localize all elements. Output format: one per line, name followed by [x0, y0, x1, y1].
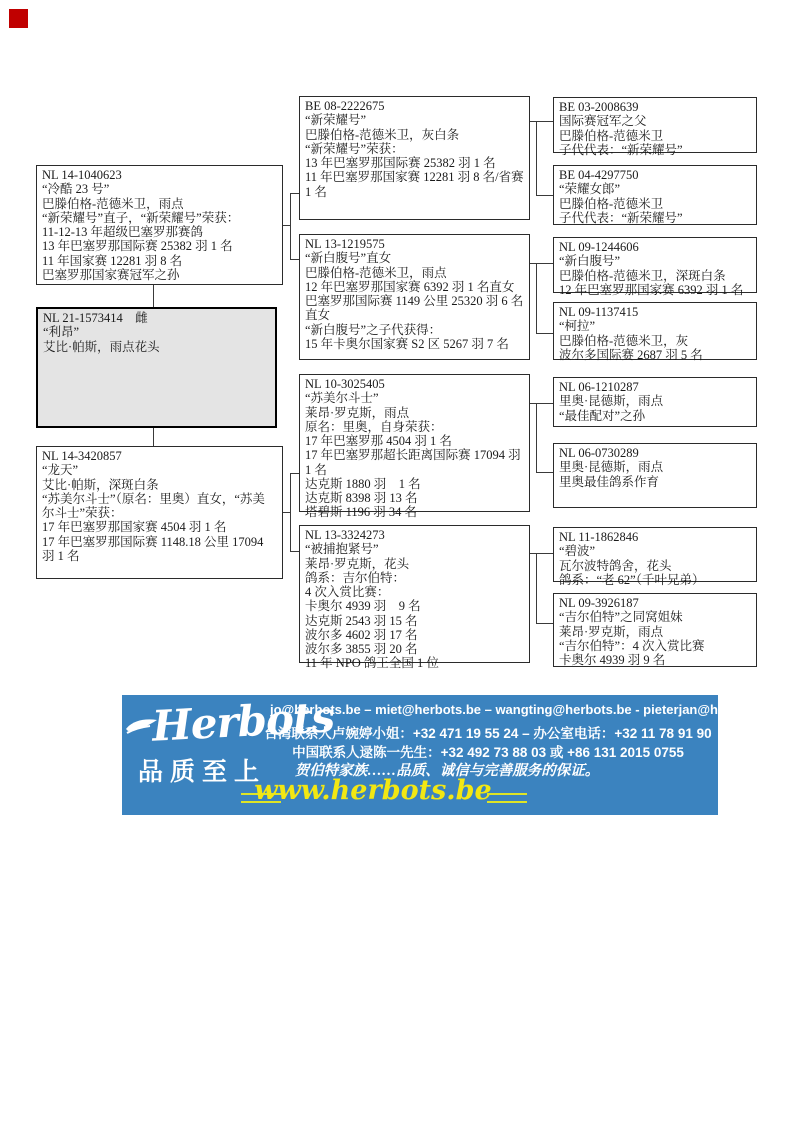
pedigree-line: “利昂”	[43, 325, 270, 339]
connector-line	[536, 121, 537, 196]
pedigree-box-g4-4: NL 09-1137415“柯拉”巴滕伯格-范德米卫，灰波尔多国际赛 2687 …	[553, 302, 757, 360]
pedigree-line: 巴滕伯格-范德米卫，灰	[559, 334, 751, 348]
pedigree-box-sire: NL 14-1040623“冷酷 23 号”巴滕伯格-范德米卫，雨点“新荣耀号”…	[36, 165, 283, 285]
pedigree-line: 巴滕伯格-范德米卫	[559, 197, 751, 211]
pedigree-line: “苏美尔斗士”（原名：里奥）直女，“苏美尔斗士”荣获：	[42, 492, 277, 521]
pedigree-line: “苏美尔斗士”	[305, 391, 524, 405]
connector-line	[153, 285, 154, 307]
pedigree-box-g4-1: BE 03-2008639国际赛冠军之父巴滕伯格-范德米卫子代代表：“新荣耀号”	[553, 97, 757, 153]
decorative-double-line	[487, 793, 527, 803]
pedigree-line: NL 13-1219575	[305, 237, 524, 251]
connector-line	[536, 403, 537, 473]
pedigree-line: “最佳配对”之孙	[559, 409, 751, 423]
pedigree-line: NL 13-3324273	[305, 528, 524, 542]
pedigree-line: 巴塞罗那国际赛 1149 公里 25320 羽 6 名直女	[305, 294, 524, 323]
pedigree-line: 里奥·昆德斯，雨点	[559, 460, 751, 474]
pedigree-line: 17 年巴塞罗那国际赛 1148.18 公里 17094 羽 1 名	[42, 535, 277, 564]
pedigree-line: “吉尔伯特”之同窝姐妹	[559, 610, 751, 624]
pedigree-line: “新白腹号”直女	[305, 251, 524, 265]
pedigree-box-dam: NL 14-3420857“龙天”艾比·帕斯，深斑白条“苏美尔斗士”（原名：里奥…	[36, 446, 283, 579]
connector-line	[153, 428, 154, 446]
pedigree-line: 瓦尔波特鸽舍，花头	[559, 559, 751, 573]
pedigree-line: “新白腹号”之子代获得：	[305, 323, 524, 337]
pedigree-line: 11 年巴塞罗那国家赛 12281 羽 8 名/省赛 1 名	[305, 170, 524, 199]
pedigree-line: NL 09-1244606	[559, 240, 751, 254]
pedigree-line: 里奥·昆德斯，雨点	[559, 394, 751, 408]
pedigree-line: 17 年巴塞罗那超长距离国际赛 17094 羽 1 名	[305, 448, 524, 477]
pedigree-line: “新荣耀号”直子，“新荣耀号”荣获：	[42, 211, 277, 225]
pedigree-line: 波尔多 3855 羽 20 名	[305, 642, 524, 656]
pedigree-line: 莱昂·罗克斯，雨点	[559, 625, 751, 639]
pedigree-page: NL 14-1040623“冷酷 23 号”巴滕伯格-范德米卫，雨点“新荣耀号”…	[0, 0, 793, 1122]
pedigree-line: 鸽系：吉尔伯特：	[305, 571, 524, 585]
pedigree-line: 15 年卡奥尔国家赛 S2 区 5267 羽 7 名	[305, 337, 524, 351]
pedigree-line: 17 年巴塞罗那国家赛 4504 羽 1 名	[42, 520, 277, 534]
pedigree-line: 国际赛冠军之父	[559, 114, 751, 128]
connector-line	[536, 623, 553, 624]
pedigree-box-sire-sire: BE 08-2222675“新荣耀号”巴滕伯格-范德米卫，灰白条“新荣耀号”荣获…	[299, 96, 530, 220]
connector-line	[290, 551, 299, 552]
pedigree-line: 艾比·帕斯，深斑白条	[42, 478, 277, 492]
pedigree-line: 鸽系：“老 62”（千叶兄弟）	[559, 573, 751, 587]
pedigree-line: BE 04-4297750	[559, 168, 751, 182]
pedigree-line: 达克斯 8398 羽 13 名	[305, 491, 524, 505]
pedigree-box-g4-8: NL 09-3926187“吉尔伯特”之同窝姐妹莱昂·罗克斯，雨点“吉尔伯特”：…	[553, 593, 757, 667]
banner-emails: jo@herbots.be – miet@herbots.be – wangti…	[270, 702, 718, 717]
pedigree-line: “吉尔伯特”：4 次入赏比赛	[559, 639, 751, 653]
pedigree-line: 卡奥尔 4939 羽 9 名	[559, 653, 751, 667]
pedigree-line: NL 11-1862846	[559, 530, 751, 544]
pedigree-line: “新白腹号”	[559, 254, 751, 268]
pedigree-line: 达克斯 2543 羽 15 名	[305, 614, 524, 628]
pedigree-line: 11-12-13 年超级巴塞罗那赛鸽	[42, 225, 277, 239]
pedigree-line: BE 03-2008639	[559, 100, 751, 114]
pedigree-line: “新荣耀号”	[305, 113, 524, 127]
pedigree-line: “新荣耀号”荣获：	[305, 142, 524, 156]
pedigree-line: NL 10-3025405	[305, 377, 524, 391]
pedigree-line: 13 年巴塞罗那国际赛 25382 羽 1 名	[42, 239, 277, 253]
red-marker	[9, 9, 28, 28]
pedigree-line: 莱昂·罗克斯，雨点	[305, 406, 524, 420]
pedigree-line: 原名：里奥，自身荣获：	[305, 420, 524, 434]
pedigree-line: 巴滕伯格-范德米卫，灰白条	[305, 128, 524, 142]
pedigree-box-dam-dam: NL 13-3324273“被捕抱紧号”莱昂·罗克斯，花头鸽系：吉尔伯特：4 次…	[299, 525, 530, 663]
connector-line	[536, 333, 553, 334]
pedigree-line: NL 06-0730289	[559, 446, 751, 460]
pedigree-box-g4-5: NL 06-1210287里奥·昆德斯，雨点“最佳配对”之孙	[553, 377, 757, 427]
pedigree-box-g4-6: NL 06-0730289里奥·昆德斯，雨点里奥最佳鸽系作育	[553, 443, 757, 508]
pedigree-line: BE 08-2222675	[305, 99, 524, 113]
pedigree-box-sire-dam: NL 13-1219575“新白腹号”直女巴滕伯格-范德米卫，雨点12 年巴塞罗…	[299, 234, 530, 360]
pedigree-line: 11 年国家赛 12281 羽 8 名	[42, 254, 277, 268]
pedigree-line: 巴滕伯格-范德米卫，雨点	[42, 197, 277, 211]
pedigree-line: 波尔多国际赛 2687 羽 5 名	[559, 348, 751, 362]
pedigree-line: 卡奥尔 4939 羽 9 名	[305, 599, 524, 613]
connector-line	[530, 403, 553, 404]
website-link[interactable]: www.herbots.be	[253, 775, 493, 806]
pedigree-line: 巴滕伯格-范德米卫	[559, 129, 751, 143]
pedigree-line: “荣耀女郎”	[559, 182, 751, 196]
pedigree-line: 子代代表：“新荣耀号”	[559, 143, 751, 157]
connector-line	[290, 473, 299, 474]
pedigree-line: 艾比·帕斯，雨点花头	[43, 340, 270, 354]
pedigree-line: 里奥最佳鸽系作育	[559, 475, 751, 489]
pedigree-line: 11 年 NPO 鸽王全国 1 位	[305, 656, 524, 670]
connector-line	[536, 195, 553, 196]
pedigree-line: 子代代表：“新荣耀号”	[559, 211, 751, 225]
pedigree-line: 巴滕伯格-范德米卫，雨点	[305, 266, 524, 280]
pedigree-box-dam-sire: NL 10-3025405“苏美尔斗士”莱昂·罗克斯，雨点原名：里奥，自身荣获：…	[299, 374, 530, 512]
pedigree-box-g4-2: BE 04-4297750“荣耀女郎”巴滕伯格-范德米卫子代代表：“新荣耀号”	[553, 165, 757, 225]
pedigree-line: 4 次入赏比赛：	[305, 585, 524, 599]
banner-quality-slogan: 品质至上	[138, 752, 266, 788]
pedigree-line: 达克斯 1880 羽 1 名	[305, 477, 524, 491]
pedigree-line: NL 09-1137415	[559, 305, 751, 319]
pedigree-line: 塔碧斯 1196 羽 34 名	[305, 505, 524, 519]
pedigree-line: NL 21-1573414 雌	[43, 311, 270, 325]
pedigree-line: “柯拉”	[559, 319, 751, 333]
connector-line	[290, 473, 291, 552]
pedigree-line: “被捕抱紧号”	[305, 542, 524, 556]
pedigree-line: NL 09-3926187	[559, 596, 751, 610]
pedigree-line: NL 06-1210287	[559, 380, 751, 394]
pedigree-box-g4-3: NL 09-1244606“新白腹号”巴滕伯格-范德米卫，深斑白条12 年巴塞罗…	[553, 237, 757, 293]
pedigree-line: 12 年巴塞罗那国家赛 6392 羽 1 名直女	[305, 280, 524, 294]
pedigree-line: “龙天”	[42, 463, 277, 477]
pedigree-box-subject: NL 21-1573414 雌“利昂”艾比·帕斯，雨点花头	[36, 307, 277, 428]
pedigree-line: NL 14-3420857	[42, 449, 277, 463]
banner-taiwan-contact: 台湾联系人卢婉婷小姐：+32 471 19 55 24 – 办公室电话：+32 …	[262, 722, 714, 742]
pedigree-line: 巴滕伯格-范德米卫，深斑白条	[559, 269, 751, 283]
pedigree-line: 12 年巴塞罗那国家赛 6392 羽 1 名	[559, 283, 751, 297]
pedigree-line: 17 年巴塞罗那 4504 羽 1 名	[305, 434, 524, 448]
pedigree-line: “冷酷 23 号”	[42, 182, 277, 196]
pedigree-line: 巴塞罗那国家赛冠军之孙	[42, 268, 277, 282]
connector-line	[530, 121, 553, 122]
pedigree-line: 莱昂·罗克斯，花头	[305, 557, 524, 571]
pedigree-line: 13 年巴塞罗那国际赛 25382 羽 1 名	[305, 156, 524, 170]
pedigree-line: 波尔多 4602 羽 17 名	[305, 628, 524, 642]
pedigree-line: “碧波”	[559, 544, 751, 558]
connector-line	[290, 193, 299, 194]
pedigree-box-g4-7: NL 11-1862846“碧波”瓦尔波特鸽舍，花头鸽系：“老 62”（千叶兄弟…	[553, 527, 757, 582]
connector-line	[290, 259, 299, 260]
connector-line	[536, 553, 537, 624]
connector-line	[530, 553, 553, 554]
connector-line	[536, 472, 553, 473]
connector-line	[530, 263, 553, 264]
connector-line	[290, 193, 291, 260]
pedigree-line: NL 14-1040623	[42, 168, 277, 182]
herbots-banner: Herbots 品质至上 jo@herbots.be – miet@herbot…	[122, 695, 718, 815]
connector-line	[536, 263, 537, 334]
banner-china-contact: 中国联系人逯陈一先生：+32 492 73 88 03 或 +86 131 20…	[262, 741, 714, 761]
